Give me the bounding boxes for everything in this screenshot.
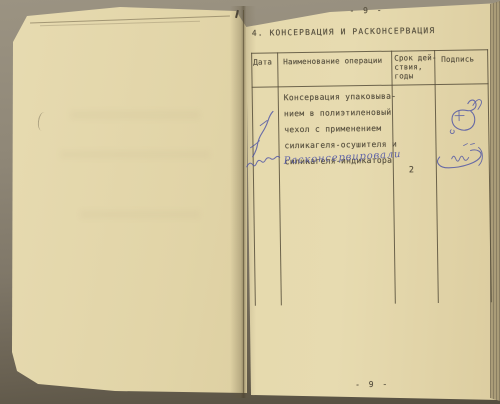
ink-annotations [0,0,500,404]
signature-bottom-scribble [437,143,482,168]
signature-top-scribble [450,100,482,134]
scanned-book-photo: - 9 - 4. КОНСЕРВАЦИЯ И РАСКОНСЕРВАЦИЯ Да… [0,0,500,404]
handwritten-date-diagonal-scribble [250,111,274,156]
right-page-content: - 9 - 4. КОНСЕРВАЦИЯ И РАСКОНСЕРВАЦИЯ Да… [0,0,500,404]
page-number-bottom: - 9 - [355,380,389,390]
handwritten-date-lower-scribble [247,156,280,166]
